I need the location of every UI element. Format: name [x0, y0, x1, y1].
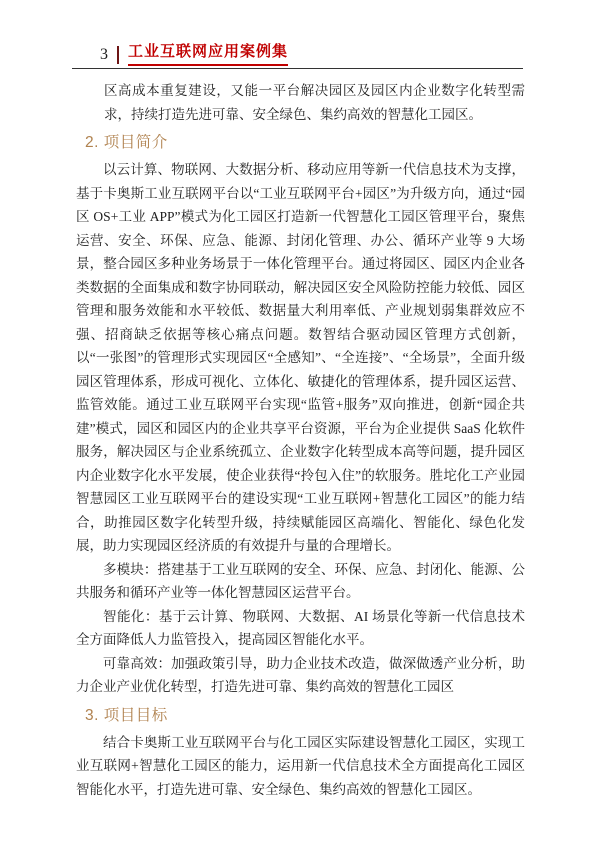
paragraph: 智能化：基于云计算、物联网、大数据、AI 场景化等新一代信息技术全方面降低人力监… — [76, 605, 525, 652]
header-divider — [117, 46, 119, 64]
paragraph: 多模块：搭建基于工业互联网的安全、环保、应急、封闭化、能源、公共服务和循环产业等… — [76, 558, 525, 605]
paragraph: 可靠高效：加强政策引导，助力企业技术改造，做深做透产业分析，助力企业产业优化转型… — [76, 652, 525, 699]
paragraph: 结合卡奥斯工业互联网平台与化工园区实际建设智慧化工园区，实现工业互联网+智慧化工… — [76, 731, 525, 802]
section-heading-project-goal: 3. 项目目标 — [85, 706, 525, 726]
continuation-paragraph: 区高成本重复建设，又能一平台解决园区及园区内企业数字化转型需求，持续打造先进可靠… — [104, 79, 525, 126]
section-heading-project-intro: 2. 项目简介 — [85, 133, 525, 153]
header-title: 工业互联网应用案例集 — [128, 44, 288, 66]
header-rule — [72, 68, 523, 69]
paragraph: 以云计算、物联网、大数据分析、移动应用等新一代信息技术为支撑，基于卡奥斯工业互联… — [76, 158, 525, 558]
document-body: 区高成本重复建设，又能一平台解决园区及园区内企业数字化转型需求，持续打造先进可靠… — [76, 79, 525, 801]
page-header: 3 工业互联网应用案例集 — [100, 44, 288, 66]
document-page: 3 工业互联网应用案例集 区高成本重复建设，又能一平台解决园区及园区内企业数字化… — [0, 0, 595, 841]
page-number: 3 — [100, 45, 117, 65]
